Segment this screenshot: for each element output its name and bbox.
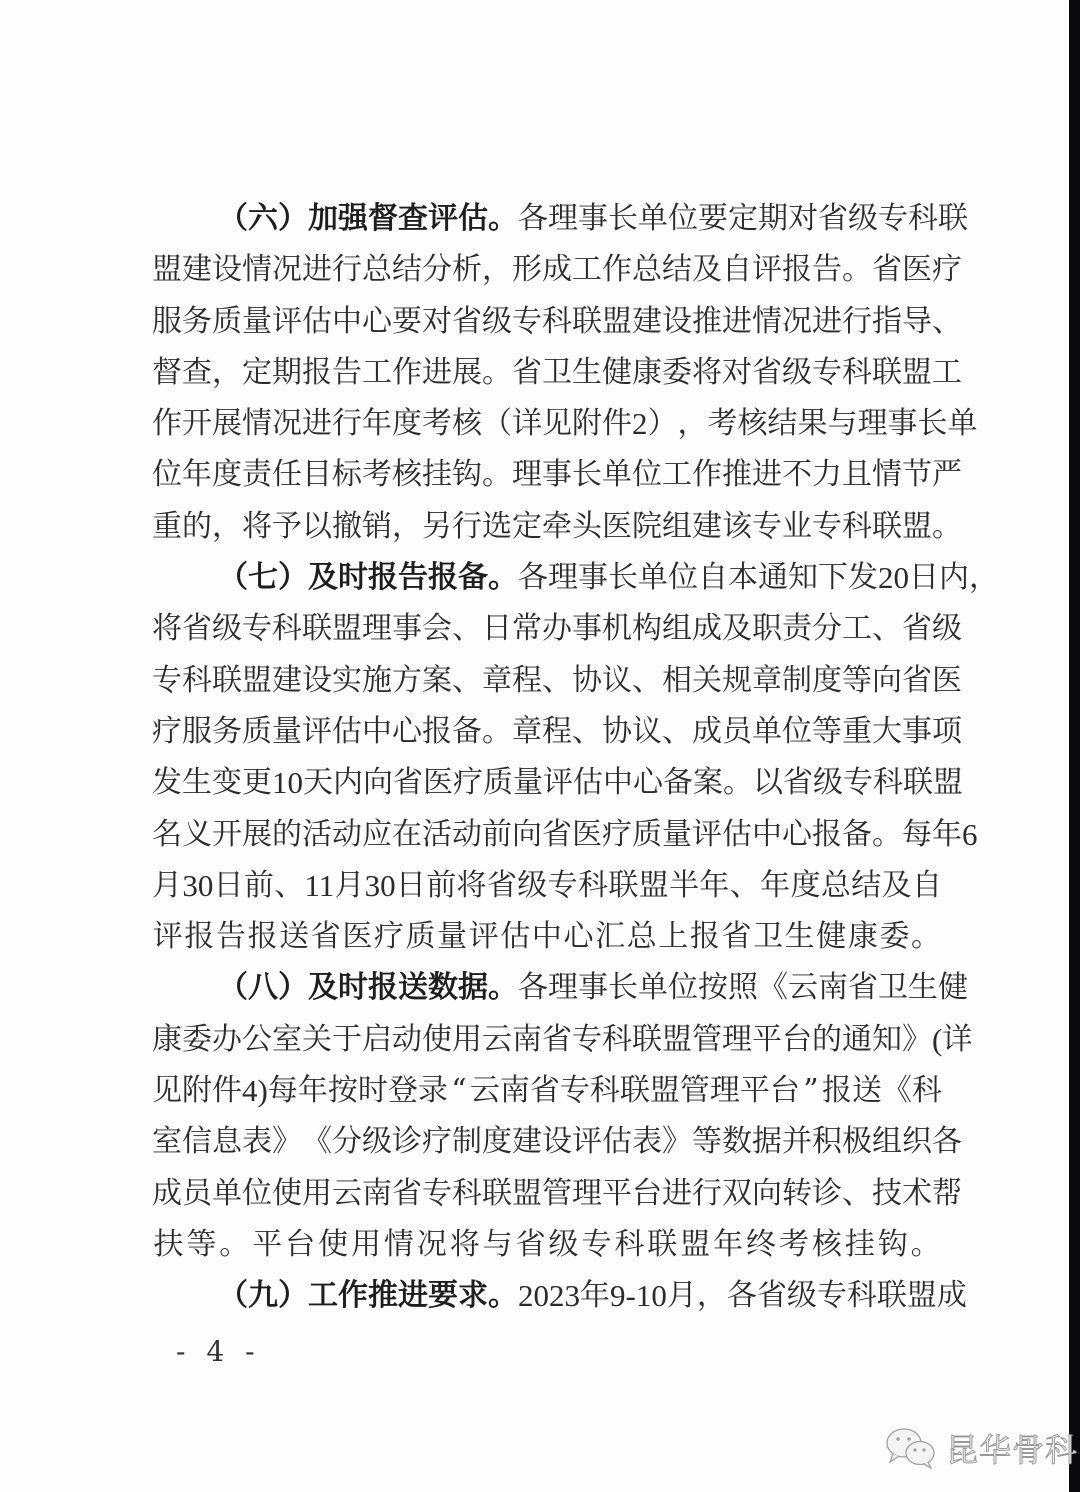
paragraph-six-line-5: 作开展情况进行年度考核（详见附件2），考核结果与理事长单	[152, 398, 942, 449]
paragraph-seven-line-5: 发生变更10天内向省医疗质量评估中心备案。以省级专科联盟	[152, 757, 942, 808]
paragraph-eight-line-2: 康委办公室关于启动使用云南省专科联盟管理平台的通知》(详	[152, 1014, 942, 1065]
wechat-icon	[884, 1426, 938, 1470]
paragraph-eight-line-1: （八）及时报送数据。各理事长单位按照《云南省卫生健	[152, 962, 942, 1013]
scan-edge-strip	[1069, 0, 1080, 1492]
paragraph-seven-line-1: （七）及时报告报备。各理事长单位自本通知下发20日内，	[152, 552, 942, 603]
paragraph-seven-line-3: 专科联盟建设实施方案、章程、协议、相关规章制度等向省医	[152, 655, 942, 706]
watermark-text: 昆华骨科	[946, 1425, 1078, 1471]
document-lines: （六）加强督查评估。各理事长单位要定期对省级专科联盟建设情况进行总结分析，形成工…	[152, 193, 942, 1322]
paragraph-eight-line-5: 成员单位使用云南省专科联盟管理平台进行双向转诊、技术帮	[152, 1168, 942, 1219]
paragraph-eight-line-4: 室信息表》《分级诊疗制度建设评估表》等数据并积极组织各	[152, 1116, 942, 1167]
paragraph-six-line-1: （六）加强督查评估。各理事长单位要定期对省级专科联	[152, 193, 942, 244]
paragraph-seven-line-6: 名义开展的活动应在活动前向省医疗质量评估中心报备。每年6	[152, 809, 942, 860]
paragraph-six-line-4: 督查，定期报告工作进展。省卫生健康委将对省级专科联盟工	[152, 347, 942, 398]
paragraph-six-line-7: 重的，将予以撤销，另行选定牵头医院组建该专业专科联盟。	[152, 501, 942, 552]
paragraph-seven-line-4: 疗服务质量评估中心报备。章程、协议、成员单位等重大事项	[152, 706, 942, 757]
paragraph-seven-line-2: 将省级专科联盟理事会、日常办事机构组成及职责分工、省级	[152, 603, 942, 654]
paragraph-seven-line-8: 评报告报送省医疗质量评估中心汇总上报省卫生健康委。	[152, 911, 942, 962]
paragraph-eight-line-6: 扶等。平台使用情况将与省级专科联盟年终考核挂钩。	[152, 1219, 942, 1270]
page-number: - 4 -	[176, 1335, 261, 1368]
paragraph-six-line-2: 盟建设情况进行总结分析，形成工作总结及自评报告。省医疗	[152, 244, 942, 295]
paragraph-nine-line-1: （九）工作推进要求。2023年9-10月，各省级专科联盟成	[152, 1270, 942, 1321]
watermark: 昆华骨科	[884, 1425, 1078, 1471]
paragraph-six-line-3: 服务质量评估中心要对省级专科联盟建设推进情况进行指导、	[152, 296, 942, 347]
paragraph-six-line-6: 位年度责任目标考核挂钩。理事长单位工作推进不力且情节严	[152, 449, 942, 500]
paragraph-seven-line-7: 月30日前、11月30日前将省级专科联盟半年、年度总结及自	[152, 860, 942, 911]
paragraph-eight-line-3: 见附件4)每年按时登录“云南省专科联盟管理平台”报送《科	[152, 1065, 942, 1116]
